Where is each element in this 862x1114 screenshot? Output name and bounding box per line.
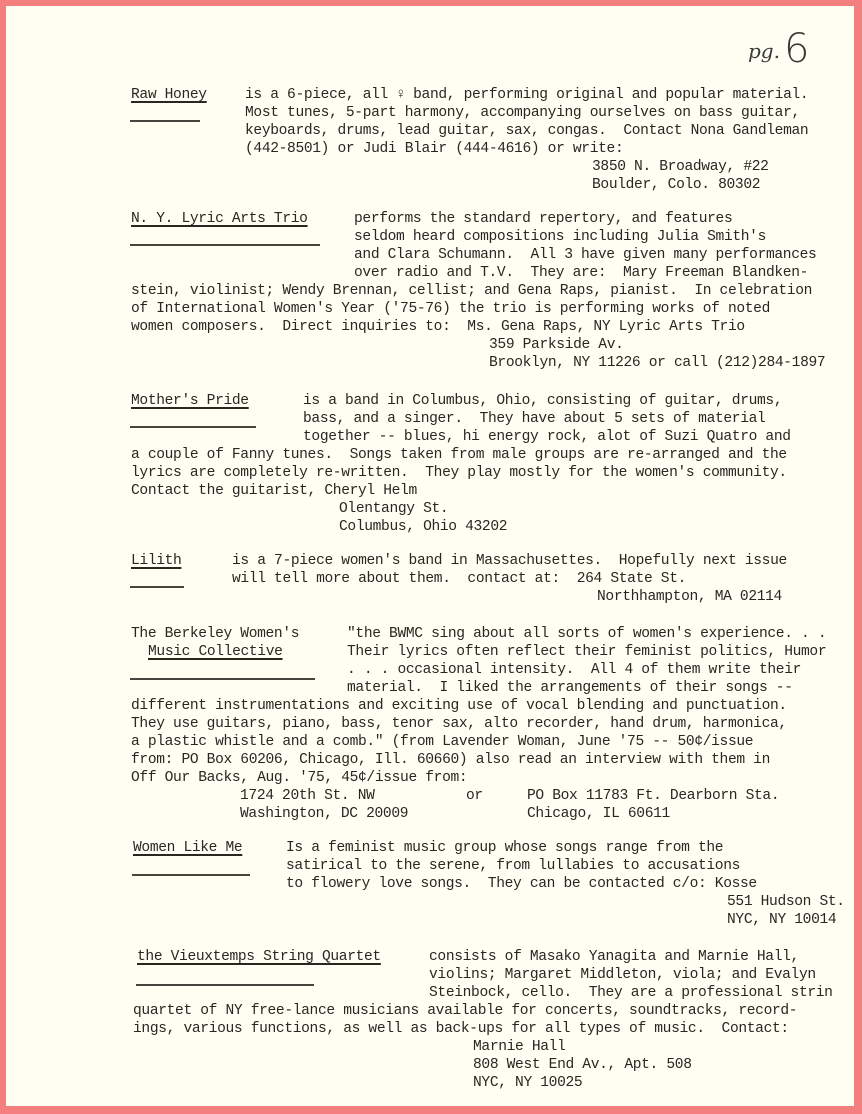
entry-line: bass, and a singer. They have about 5 se… <box>303 410 765 429</box>
entry-line: a plastic whistle and a comb." (from Lav… <box>131 733 753 752</box>
entry-name: N. Y. Lyric Arts Trio <box>131 210 308 229</box>
address-right-line: Chicago, IL 60611 <box>527 805 670 824</box>
divider-rule <box>132 874 250 876</box>
entry-line: together -- blues, hi energy rock, alot … <box>303 428 791 447</box>
divider-rule <box>130 120 200 122</box>
address-line: Boulder, Colo. 80302 <box>592 176 760 195</box>
address-line: 359 Parkside Av. <box>489 336 624 355</box>
entry-line: keyboards, drums, lead guitar, sax, cong… <box>245 122 808 141</box>
entry-line: They use guitars, piano, bass, tenor sax… <box>131 715 787 734</box>
page-prefix: pg. <box>748 39 780 63</box>
address-line: Olentangy St. <box>339 500 448 519</box>
address-left-line: 1724 20th St. NW <box>240 787 375 806</box>
entry-line: Steinbock, cello. They are a professiona… <box>429 984 833 1003</box>
divider-rule <box>130 426 256 428</box>
entry-line: violins; Margaret Middleton, viola; and … <box>429 966 816 985</box>
entry-line: over radio and T.V. They are: Mary Freem… <box>354 264 808 283</box>
divider-rule <box>130 244 320 246</box>
address-line: 808 West End Av., Apt. 508 <box>473 1056 692 1075</box>
divider-rule <box>130 678 315 680</box>
entry-line: a couple of Fanny tunes. Songs taken fro… <box>131 446 787 465</box>
entry-line: quartet of NY free-lance musicians avail… <box>133 1002 797 1021</box>
entry-line: stein, violinist; Wendy Brennan, cellist… <box>131 282 812 301</box>
address-right-line: PO Box 11783 Ft. Dearborn Sta. <box>527 787 779 806</box>
address-line: NYC, NY 10014 <box>727 911 836 930</box>
page-number-digit: 6 <box>784 26 809 72</box>
entry-name-line1: The Berkeley Women's <box>131 625 299 644</box>
entry-line: Is a feminist music group whose songs ra… <box>286 839 723 858</box>
address-line: Brooklyn, NY 11226 or call (212)284-1897 <box>489 354 825 373</box>
entry-line: material. I liked the arrangements of th… <box>347 679 793 698</box>
divider-rule <box>136 984 314 986</box>
entry-line: consists of Masako Yanagita and Marnie H… <box>429 948 799 967</box>
entry-line: "the BWMC sing about all sorts of women'… <box>347 625 826 644</box>
address-line: 3850 N. Broadway, #22 <box>592 158 769 177</box>
entry-line: . . . occasional intensity. All 4 of the… <box>347 661 801 680</box>
entry-line: is a 7-piece women's band in Massachuset… <box>232 552 787 571</box>
entry-line: ings, various functions, as well as back… <box>133 1020 789 1039</box>
entry-line: Most tunes, 5-part harmony, accompanying… <box>245 104 800 123</box>
entry-line: Contact the guitarist, Cheryl Helm <box>131 482 417 501</box>
entry-name-line2: Music Collective <box>148 643 283 662</box>
entry-line: different instrumentations and exciting … <box>131 697 787 716</box>
entry-name: Mother's Pride <box>131 392 249 411</box>
entry-line: lyrics are completely re-written. They p… <box>131 464 787 483</box>
entry-line: women composers. Direct inquiries to: Ms… <box>131 318 745 337</box>
page-number: pg.6 <box>748 26 809 72</box>
address-line: Northhampton, MA 02114 <box>597 588 782 607</box>
address-line: NYC, NY 10025 <box>473 1074 582 1093</box>
document-page: pg.6 Raw Honey is a 6-piece, all ♀ band,… <box>6 6 854 1106</box>
entry-line: is a band in Columbus, Ohio, consisting … <box>303 392 782 411</box>
entry-line: to flowery love songs. They can be conta… <box>286 875 757 894</box>
address-or: or <box>466 787 483 806</box>
entry-name: Raw Honey <box>131 86 207 105</box>
divider-rule <box>130 586 184 588</box>
entry-line: will tell more about them. contact at: 2… <box>232 570 686 589</box>
entry-name: Women Like Me <box>133 839 242 858</box>
address-line: 551 Hudson St. <box>727 893 845 912</box>
entry-line: satirical to the serene, from lullabies … <box>286 857 740 876</box>
entry-line: and Clara Schumann. All 3 have given man… <box>354 246 816 265</box>
entry-line: from: PO Box 60206, Chicago, Ill. 60660)… <box>131 751 770 770</box>
entry-line: seldom heard compositions including Juli… <box>354 228 766 247</box>
address-line: Columbus, Ohio 43202 <box>339 518 507 537</box>
address-left-line: Washington, DC 20009 <box>240 805 408 824</box>
entry-line: Off Our Backs, Aug. '75, 45¢/issue from: <box>131 769 467 788</box>
entry-line: Their lyrics often reflect their feminis… <box>347 643 826 662</box>
entry-line: is a 6-piece, all ♀ band, performing ori… <box>245 86 808 105</box>
entry-line: performs the standard repertory, and fea… <box>354 210 732 229</box>
address-line: Marnie Hall <box>473 1038 566 1057</box>
entry-name: the Vieuxtemps String Quartet <box>137 948 381 967</box>
entry-line: (442-8501) or Judi Blair (444-4616) or w… <box>245 140 623 159</box>
entry-name: Lilith <box>131 552 181 571</box>
entry-line: of International Women's Year ('75-76) t… <box>131 300 770 319</box>
